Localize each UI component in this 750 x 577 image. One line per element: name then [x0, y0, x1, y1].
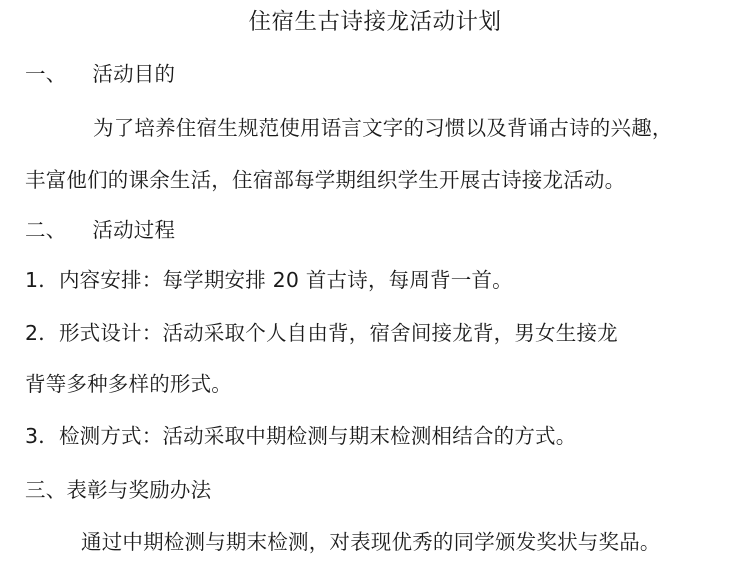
document-title: 住宿生古诗接龙活动计划: [0, 11, 750, 34]
section-3-number: 三、: [25, 478, 66, 502]
section-3-title: 表彰与奖励办法: [66, 478, 211, 502]
section-3-paragraph-line-1: 通过中期检测与期末检测，对表现优秀的同学颁发奖状与奖品。: [81, 532, 661, 553]
section-1-number: 一、: [25, 62, 66, 86]
list-item-form-design-line-2: 背等多种多样的形式。: [25, 374, 232, 395]
list-item-content-arrangement: 1．内容安排：每学期安排 20 首古诗，每周背一首。: [25, 270, 513, 291]
section-3-heading: 三、表彰与奖励办法: [25, 480, 211, 501]
list-item-form-design-line-1: 2．形式设计：活动采取个人自由背，宿舍间接龙背，男女生接龙: [25, 323, 618, 344]
section-1-heading: 一、活动目的: [25, 64, 175, 85]
section-2-title: 活动过程: [92, 218, 175, 242]
section-1-paragraph-line-2: 丰富他们的课余生活，住宿部每学期组织学生开展古诗接龙活动。: [25, 170, 625, 191]
section-2-number: 二、: [25, 218, 66, 242]
section-1-title: 活动目的: [92, 62, 175, 86]
section-1-paragraph-line-1: 为了培养住宿生规范使用语言文字的习惯以及背诵古诗的兴趣，: [93, 118, 673, 139]
list-item-testing-method: 3．检测方式：活动采取中期检测与期末检测相结合的方式。: [25, 426, 576, 447]
section-2-heading: 二、活动过程: [25, 220, 175, 241]
